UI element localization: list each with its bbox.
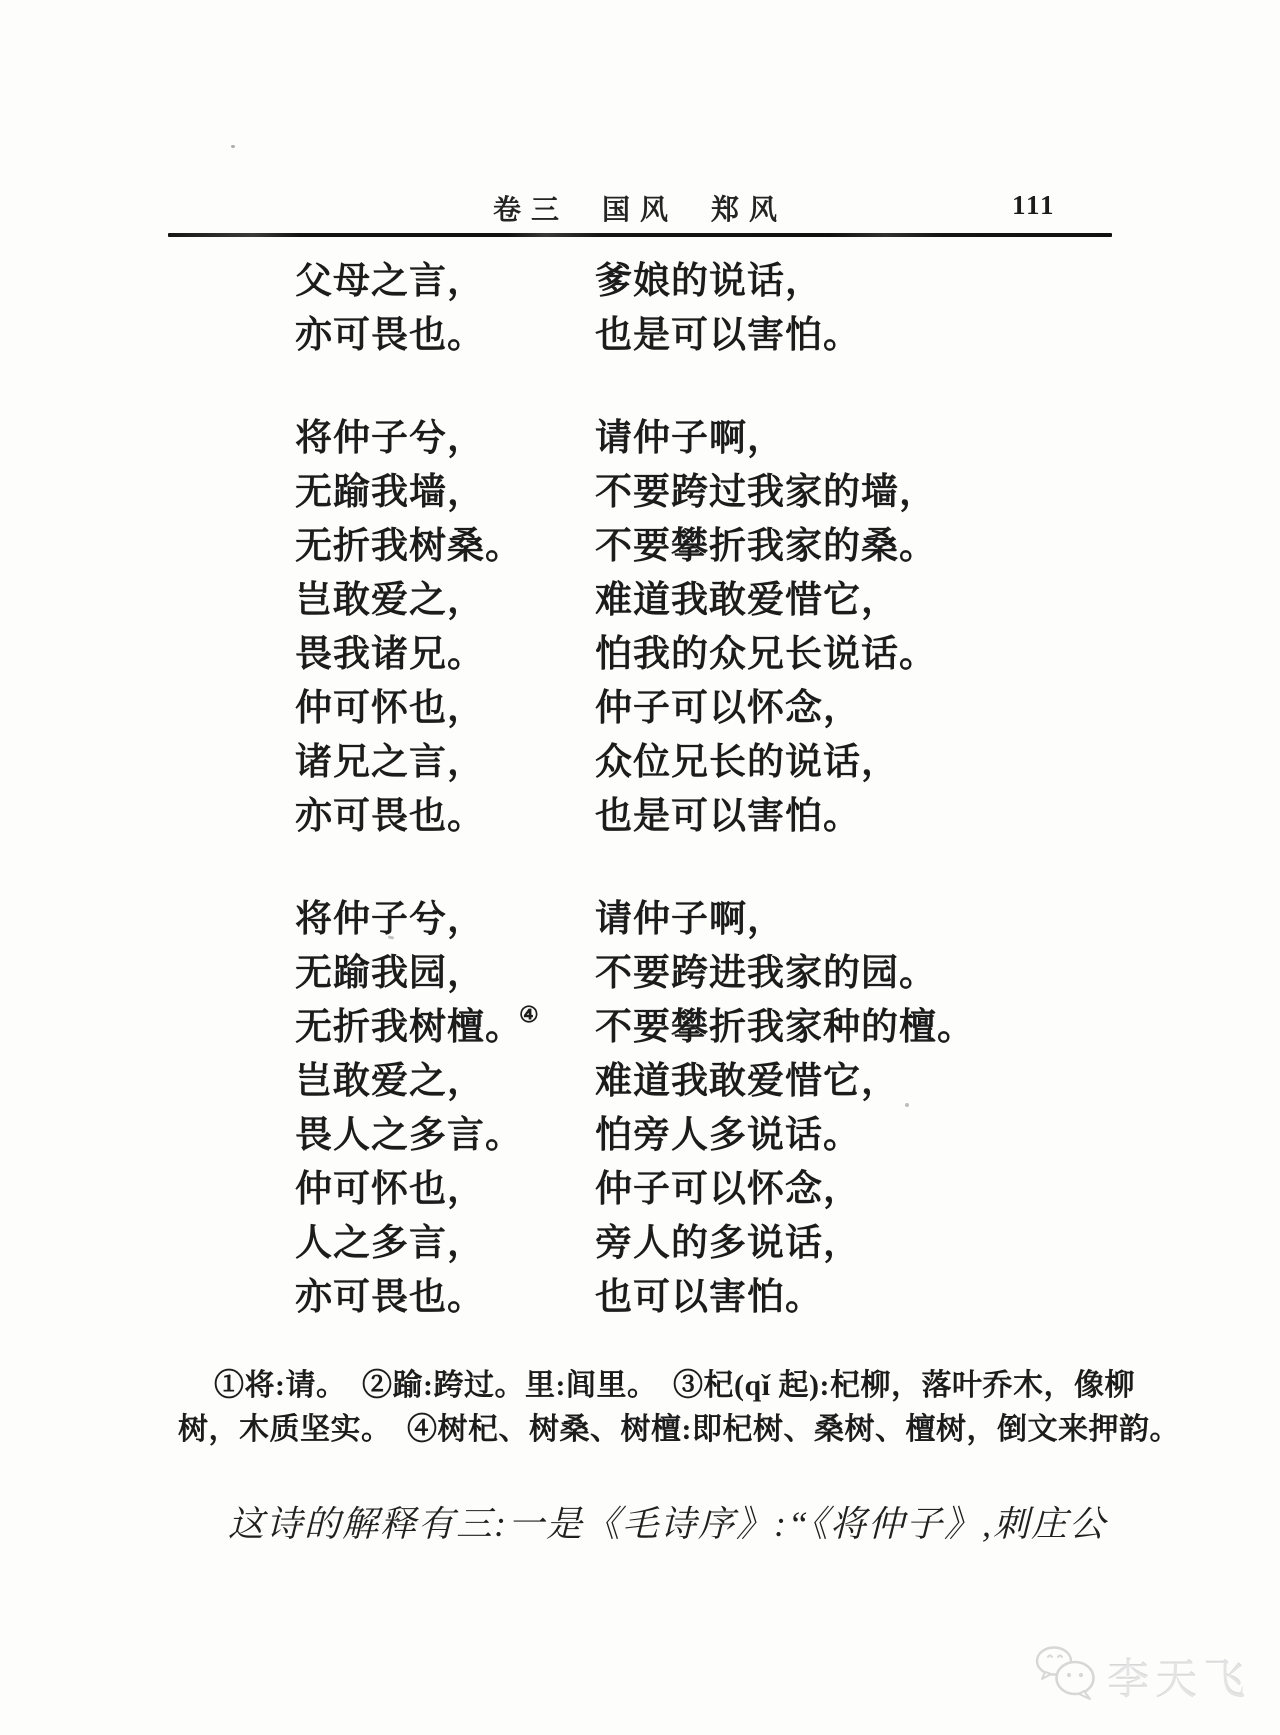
stanza-3: 将仲子兮， 请仲子啊， 无踰我园， 不要跨进我家的园。 无折我树檀。④ 不要攀折… xyxy=(295,888,1155,1320)
poem-translation-text: 也是可以害怕。 xyxy=(595,304,1155,358)
stanza-1: 父母之言， 爹娘的说话， 亦可畏也。 也是可以害怕。 xyxy=(295,250,1155,358)
page-number: 111 xyxy=(1012,190,1056,221)
poem-line: 人之多言， 旁人的多说话， xyxy=(295,1212,1155,1266)
footnote-marker-4: ④ xyxy=(519,1002,540,1027)
stanza-2: 将仲子兮， 请仲子啊， 无踰我墙， 不要跨过我家的墙， 无折我树桑。 不要攀折我… xyxy=(295,407,1155,839)
poem-original-text: 人之多言， xyxy=(295,1212,595,1266)
poem-translation-text: 仲子可以怀念， xyxy=(595,677,1155,731)
poem-original-text: 亦可畏也。 xyxy=(295,1266,595,1320)
poem-line: 仲可怀也， 仲子可以怀念， xyxy=(295,677,1155,731)
header-rule xyxy=(168,233,1112,237)
poem-line: 无折我树桑。 不要攀折我家的桑。 xyxy=(295,515,1155,569)
poem-translation-text: 不要攀折我家种的檀。 xyxy=(595,996,1155,1050)
poem-line: 岂敢爱之， 难道我敢爱惜它， xyxy=(295,569,1155,623)
poem-translation-text: 不要跨进我家的园。 xyxy=(595,942,1155,996)
poem-translation-text: 不要跨过我家的墙， xyxy=(595,461,1155,515)
watermark: 李天飞 xyxy=(1035,1645,1251,1708)
poem-translation-text: 也可以害怕。 xyxy=(595,1266,1155,1320)
poem-line: 亦可畏也。 也可以害怕。 xyxy=(295,1266,1155,1320)
poem-line: 将仲子兮， 请仲子啊， xyxy=(295,407,1155,461)
poem: 父母之言， 爹娘的说话， 亦可畏也。 也是可以害怕。 将仲子兮， 请仲子啊， 无… xyxy=(295,250,1155,1320)
poem-translation-text: 请仲子啊， xyxy=(595,888,1155,942)
poem-translation-text: 难道我敢爱惜它， xyxy=(595,1050,1155,1104)
footnote-line: 树，木质坚实。 ④树杞、树桑、树檀:即杞树、桑树、檀树，倒文来押韵。 xyxy=(178,1408,1108,1452)
poem-line: 亦可畏也。 也是可以害怕。 xyxy=(295,785,1155,839)
poem-original-text: 亦可畏也。 xyxy=(295,304,595,358)
poem-translation-text: 怕旁人多说话。 xyxy=(595,1104,1155,1158)
poem-line: 无踰我园， 不要跨进我家的园。 xyxy=(295,942,1155,996)
poem-original-text: 将仲子兮， xyxy=(295,888,595,942)
poem-line: 仲可怀也， 仲子可以怀念， xyxy=(295,1158,1155,1212)
poem-original-text: 无折我树檀。④ xyxy=(295,996,595,1050)
footnotes: ①将:请。 ②踰:跨过。里:闾里。 ③杞(qǐ 起):杞柳，落叶乔木，像柳 树，… xyxy=(178,1364,1108,1452)
poem-original-text: 畏我诸兄。 xyxy=(295,623,595,677)
poem-translation-text: 众位兄长的说话， xyxy=(595,731,1155,785)
poem-translation-text: 爹娘的说话， xyxy=(595,250,1155,304)
poem-translation-text: 请仲子啊， xyxy=(595,407,1155,461)
poem-translation-text: 仲子可以怀念， xyxy=(595,1158,1155,1212)
poem-line: 畏人之多言。 怕旁人多说话。 xyxy=(295,1104,1155,1158)
poem-line: 畏我诸兄。 怕我的众兄长说话。 xyxy=(295,623,1155,677)
poem-original-text: 将仲子兮， xyxy=(295,407,595,461)
poem-original-text: 仲可怀也， xyxy=(295,677,595,731)
scan-speck xyxy=(905,1103,909,1107)
poem-original-text: 父母之言， xyxy=(295,250,595,304)
poem-line: 无踰我墙， 不要跨过我家的墙， xyxy=(295,461,1155,515)
poem-translation-text: 难道我敢爱惜它， xyxy=(595,569,1155,623)
poem-original-text: 诸兄之言， xyxy=(295,731,595,785)
commentary-text: 这诗的解释有三:一是《毛诗序》:“《将仲子》,刺庄公 xyxy=(228,1496,1128,1547)
poem-original-text: 仲可怀也， xyxy=(295,1158,595,1212)
page-header-title: 卷三 国风 郑风 xyxy=(0,188,1280,228)
poem-original-text: 岂敢爱之， xyxy=(295,569,595,623)
poem-original-text: 岂敢爱之， xyxy=(295,1050,595,1104)
poem-translation-text: 也是可以害怕。 xyxy=(595,785,1155,839)
poem-line: 将仲子兮， 请仲子啊， xyxy=(295,888,1155,942)
poem-translation-text: 旁人的多说话， xyxy=(595,1212,1155,1266)
footnote-line: ①将:请。 ②踰:跨过。里:闾里。 ③杞(qǐ 起):杞柳，落叶乔木，像柳 xyxy=(178,1364,1108,1408)
poem-original-text: 无折我树桑。 xyxy=(295,515,595,569)
poem-line: 岂敢爱之， 难道我敢爱惜它， xyxy=(295,1050,1155,1104)
poem-line: 无折我树檀。④ 不要攀折我家种的檀。 xyxy=(295,996,1155,1050)
poem-translation-text: 怕我的众兄长说话。 xyxy=(595,623,1155,677)
poem-line: 亦可畏也。 也是可以害怕。 xyxy=(295,304,1155,358)
wechat-icon xyxy=(1035,1645,1099,1708)
poem-translation-text: 不要攀折我家的桑。 xyxy=(595,515,1155,569)
scan-speck xyxy=(231,145,235,148)
poem-original-text-fragment: 无折我树檀。 xyxy=(295,1007,523,1048)
poem-original-text: 畏人之多言。 xyxy=(295,1104,595,1158)
poem-original-text: 无踰我园， xyxy=(295,942,595,996)
poem-original-text: 亦可畏也。 xyxy=(295,785,595,839)
poem-line: 诸兄之言， 众位兄长的说话， xyxy=(295,731,1155,785)
poem-original-text: 无踰我墙， xyxy=(295,461,595,515)
book-page: 卷三 国风 郑风 111 父母之言， 爹娘的说话， 亦可畏也。 也是可以害怕。 … xyxy=(0,0,1280,1735)
watermark-label: 李天飞 xyxy=(1107,1647,1251,1707)
poem-line: 父母之言， 爹娘的说话， xyxy=(295,250,1155,304)
